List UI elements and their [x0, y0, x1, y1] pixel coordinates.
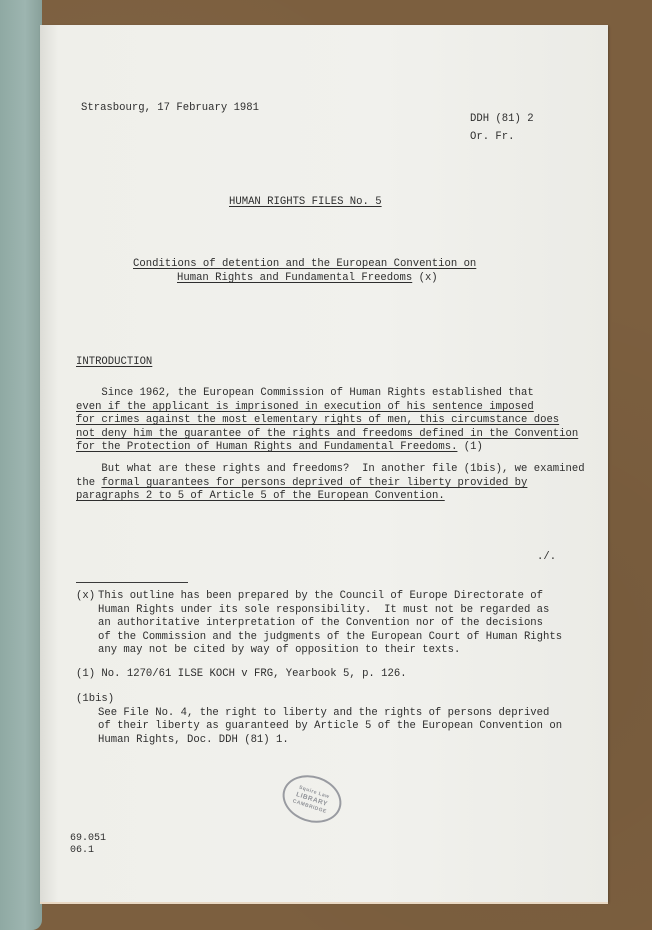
footnote-x-line-1: This outline has been prepared by the Co… — [98, 589, 543, 603]
footnote-separator — [76, 582, 188, 583]
para2-line3: paragraphs 2 to 5 of Article 5 of the Eu… — [76, 489, 445, 503]
footnote-x-mark: (x) — [76, 589, 95, 603]
title-footnote-mark: (x) — [412, 272, 437, 284]
para2-line2-prefix: the — [76, 477, 101, 489]
para2-line2: the formal guarantees for persons depriv… — [76, 476, 527, 490]
footnote-x-line-3: an authoritative interpretation of the C… — [98, 616, 543, 630]
section-heading: INTRODUCTION — [76, 355, 152, 369]
document-reference: DDH (81) 2 — [470, 112, 534, 126]
title-line-2-text: Human Rights and Fundamental Freedoms — [177, 272, 412, 284]
para1-line2: even if the applicant is imprisoned in e… — [76, 400, 534, 414]
footnote-x-line-5: any may not be cited by way of oppositio… — [98, 643, 460, 657]
para2-line1: But what are these rights and freedoms? … — [76, 462, 585, 476]
footnote-1bis-line-1: See File No. 4, the right to liberty and… — [98, 706, 549, 720]
para2-line2-underlined: formal guarantees for persons deprived o… — [101, 477, 527, 489]
binder-cover-edge — [0, 0, 42, 930]
para1-line3: for crimes against the most elementary r… — [76, 413, 559, 427]
footnote-1: (1) No. 1270/61 ILSE KOCH v FRG, Yearboo… — [76, 667, 407, 681]
footnote-1bis-mark: (1bis) — [76, 692, 114, 706]
original-language: Or. Fr. — [470, 130, 515, 144]
para1-line5-text: for the Protection of Human Rights and F… — [76, 441, 457, 453]
series-title: HUMAN RIGHTS FILES No. 5 — [229, 195, 382, 209]
title-line-1: Conditions of detention and the European… — [133, 257, 476, 271]
footnote-ref-1: (1) — [457, 441, 482, 453]
para1-line5: for the Protection of Human Rights and F… — [76, 440, 483, 454]
footnote-1bis-line-2: of their liberty as guaranteed by Articl… — [98, 719, 562, 733]
para1-line4: not deny him the guarantee of the rights… — [76, 427, 578, 441]
footnote-x-line-2: Human Rights under its sole responsibili… — [98, 603, 549, 617]
para1-line1: Since 1962, the European Commission of H… — [76, 386, 534, 400]
title-line-2: Human Rights and Fundamental Freedoms (x… — [177, 271, 438, 285]
continuation-mark: ./. — [537, 550, 556, 564]
footnote-1bis-line-3: Human Rights, Doc. DDH (81) 1. — [98, 733, 289, 747]
catalogue-code-line-1: 69.051 — [70, 833, 106, 845]
catalogue-code-line-2: 06.1 — [70, 845, 94, 857]
footnote-x-line-4: of the Commission and the judgments of t… — [98, 630, 562, 644]
place-date: Strasbourg, 17 February 1981 — [81, 101, 259, 115]
